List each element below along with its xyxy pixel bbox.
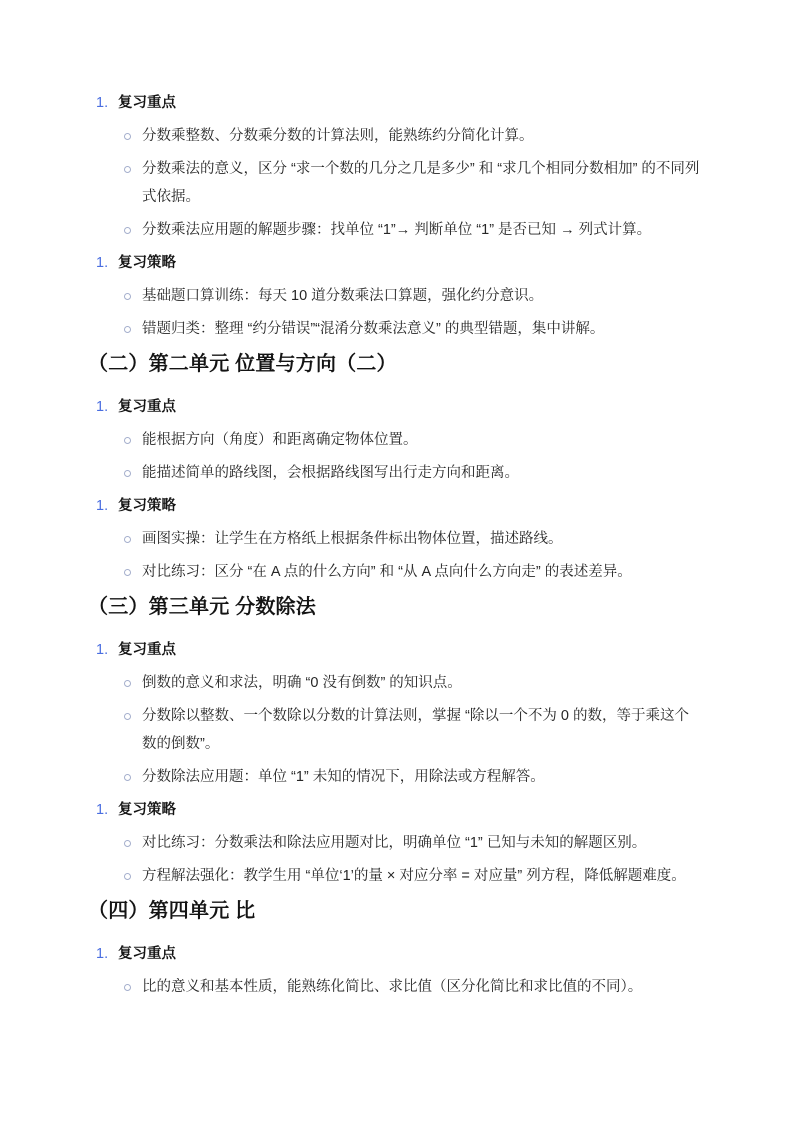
list-number: 1. [96,636,110,664]
list-item-text: 对比练习：分数乘法和除法应用题对比，明确单位 “1” 已知与未知的解题区别。 [142,829,646,857]
list-item-text: 复习策略 [118,492,176,520]
list-number: 1. [96,796,110,824]
bullet-icon [124,713,131,720]
bullet-list-item: 能根据方向（角度）和距离确定物体位置。 [88,426,701,454]
list-number: 1. [96,249,110,277]
section-heading: （四）第四单元 比 [88,898,701,924]
list-item-text: 对比练习：区分 “在 A 点的什么方向” 和 “从 A 点向什么方向走” 的表述… [142,558,632,586]
list-item-text: 基础题口算训练：每天 10 道分数乘法口算题，强化约分意识。 [142,282,543,310]
bullet-list-item: 分数乘整数、分数乘分数的计算法则，能熟练约分简化计算。 [88,122,701,150]
list-item-text: 分数乘法的意义，区分 “求一个数的几分之几是多少” 和 “求几个相同分数相加” … [142,155,701,211]
bullet-list-item: 对比练习：区分 “在 A 点的什么方向” 和 “从 A 点向什么方向走” 的表述… [88,558,701,586]
list-item-text: 倒数的意义和求法，明确 “0 没有倒数” 的知识点。 [142,669,462,697]
numbered-list-item: 1.复习重点 [88,89,701,117]
list-item-text: 分数除以整数、一个数除以分数的计算法则，掌握 “除以一个不为 0 的数，等于乘这… [142,702,701,758]
bullet-list-item: 倒数的意义和求法，明确 “0 没有倒数” 的知识点。 [88,669,701,697]
list-item-text: 能描述简单的路线图，会根据路线图写出行走方向和距离。 [142,459,519,487]
list-item-text: 能根据方向（角度）和距离确定物体位置。 [142,426,418,454]
list-item-text: 画图实操：让学生在方格纸上根据条件标出物体位置，描述路线。 [142,525,563,553]
bullet-icon [124,774,131,781]
list-item-text: 复习重点 [118,393,176,421]
bullet-list-item: 能描述简单的路线图，会根据路线图写出行走方向和距离。 [88,459,701,487]
list-number: 1. [96,940,110,968]
bullet-icon [124,437,131,444]
bullet-list-item: 错题归类：整理 “约分错误”“混淆分数乘法意义” 的典型错题，集中讲解。 [88,315,701,343]
list-item-text: 分数除法应用题：单位 “1” 未知的情况下，用除法或方程解答。 [142,763,545,791]
bullet-list-item: 比的意义和基本性质，能熟练化简比、求比值（区分化简比和求比值的不同）。 [88,973,701,1001]
list-item-text: 复习重点 [118,636,176,664]
list-item-text: 分数乘整数、分数乘分数的计算法则，能熟练约分简化计算。 [142,122,534,150]
numbered-list-item: 1.复习重点 [88,393,701,421]
list-item-text: 复习重点 [118,940,176,968]
bullet-icon [124,166,131,173]
list-item-text: 错题归类：整理 “约分错误”“混淆分数乘法意义” 的典型错题，集中讲解。 [142,315,604,343]
list-item-text: 分数乘法应用题的解题步骤：找单位 “1”→ 判断单位 “1” 是否已知 → 列式… [142,216,651,244]
bullet-list-item: 对比练习：分数乘法和除法应用题对比，明确单位 “1” 已知与未知的解题区别。 [88,829,701,857]
numbered-list-item: 1.复习策略 [88,492,701,520]
bullet-list-item: 画图实操：让学生在方格纸上根据条件标出物体位置，描述路线。 [88,525,701,553]
bullet-list-item: 方程解法强化：教学生用 “单位‘1’的量 × 对应分率 = 对应量” 列方程，降… [88,862,701,890]
list-item-text: 复习重点 [118,89,176,117]
numbered-list-item: 1.复习重点 [88,636,701,664]
bullet-icon [124,984,131,991]
bullet-icon [124,227,131,234]
bullet-icon [124,293,131,300]
document-body: 1.复习重点分数乘整数、分数乘分数的计算法则，能熟练约分简化计算。分数乘法的意义… [0,0,793,1001]
bullet-list-item: 基础题口算训练：每天 10 道分数乘法口算题，强化约分意识。 [88,282,701,310]
bullet-icon [124,873,131,880]
document-page: 1.复习重点分数乘整数、分数乘分数的计算法则，能熟练约分简化计算。分数乘法的意义… [0,0,793,1122]
bullet-icon [124,680,131,687]
bullet-icon [124,470,131,477]
list-item-text: 复习策略 [118,796,176,824]
bullet-icon [124,536,131,543]
section-heading: （二）第二单元 位置与方向（二） [88,351,701,377]
bullet-list-item: 分数除以整数、一个数除以分数的计算法则，掌握 “除以一个不为 0 的数，等于乘这… [88,702,701,758]
list-number: 1. [96,492,110,520]
bullet-icon [124,326,131,333]
bullet-icon [124,569,131,576]
bullet-list-item: 分数乘法的意义，区分 “求一个数的几分之几是多少” 和 “求几个相同分数相加” … [88,155,701,211]
numbered-list-item: 1.复习重点 [88,940,701,968]
section-heading: （三）第三单元 分数除法 [88,594,701,620]
list-number: 1. [96,393,110,421]
bullet-list-item: 分数除法应用题：单位 “1” 未知的情况下，用除法或方程解答。 [88,763,701,791]
list-item-text: 比的意义和基本性质，能熟练化简比、求比值（区分化简比和求比值的不同）。 [142,973,642,1001]
numbered-list-item: 1.复习策略 [88,249,701,277]
numbered-list-item: 1.复习策略 [88,796,701,824]
list-number: 1. [96,89,110,117]
bullet-list-item: 分数乘法应用题的解题步骤：找单位 “1”→ 判断单位 “1” 是否已知 → 列式… [88,216,701,244]
bullet-icon [124,840,131,847]
list-item-text: 方程解法强化：教学生用 “单位‘1’的量 × 对应分率 = 对应量” 列方程，降… [142,862,686,890]
bullet-icon [124,133,131,140]
list-item-text: 复习策略 [118,249,176,277]
